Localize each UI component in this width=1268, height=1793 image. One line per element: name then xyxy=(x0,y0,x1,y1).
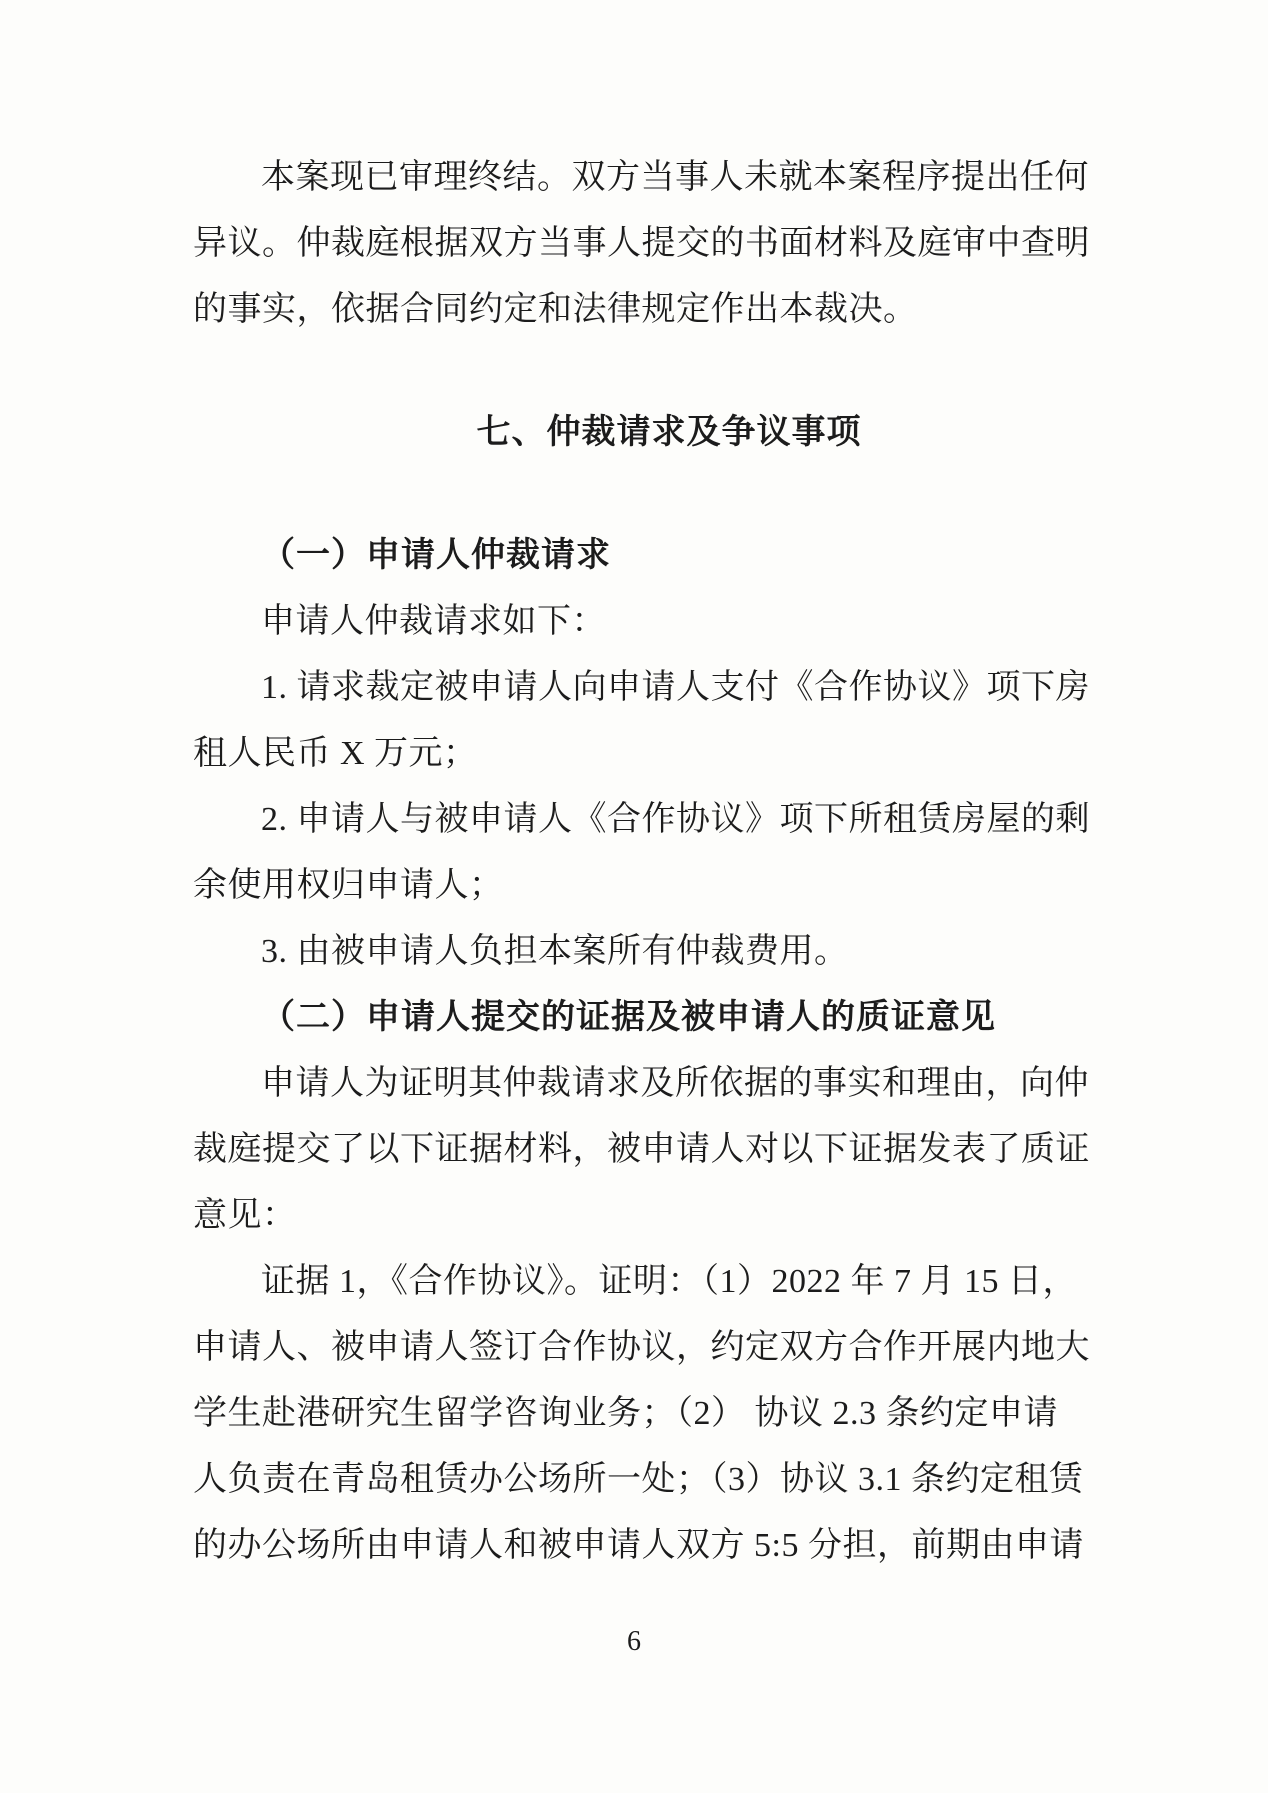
body-line: 学生赴港研究生留学咨询业务；（2） 协议 2.3 条约定申请 xyxy=(193,1381,1077,1447)
body-line: 人负责在青岛租赁办公场所一处；（3）协议 3.1 条约定租赁 xyxy=(193,1447,1077,1513)
body-line: 本案现已审理终结。双方当事人未就本案程序提出任何 xyxy=(193,145,1077,211)
subheading-line: （一）申请人仲裁请求 xyxy=(193,523,1077,589)
body-line: 异议。仲裁庭根据双方当事人提交的书面材料及庭审中查明 xyxy=(193,211,1077,277)
body-line: 意见： xyxy=(193,1183,1077,1249)
document-content: 本案现已审理终结。双方当事人未就本案程序提出任何异议。仲裁庭根据双方当事人提交的… xyxy=(193,145,1077,1579)
document-page: 本案现已审理终结。双方当事人未就本案程序提出任何异议。仲裁庭根据双方当事人提交的… xyxy=(0,0,1268,1793)
heading-line: 七、仲裁请求及争议事项 xyxy=(193,400,1077,466)
body-line: 的事实，依据合同约定和法律规定作出本裁决。 xyxy=(193,277,1077,343)
body-line: 申请人为证明其仲裁请求及所依据的事实和理由，向仲 xyxy=(193,1051,1077,1117)
body-line: 证据 1，《合作协议》。证明：（1）2022 年 7 月 15 日， xyxy=(193,1249,1077,1315)
body-line: 余使用权归申请人； xyxy=(193,853,1077,919)
body-line: 3. 由被申请人负担本案所有仲裁费用。 xyxy=(193,919,1077,985)
body-line: 的办公场所由申请人和被申请人双方 5:5 分担，前期由申请 xyxy=(193,1513,1077,1579)
body-line: 申请人仲裁请求如下： xyxy=(193,589,1077,655)
body-line: 申请人、被申请人签订合作协议，约定双方合作开展内地大 xyxy=(193,1315,1077,1381)
body-line: 2. 申请人与被申请人《合作协议》项下所租赁房屋的剩 xyxy=(193,787,1077,853)
body-line: 裁庭提交了以下证据材料，被申请人对以下证据发表了质证 xyxy=(193,1117,1077,1183)
body-line: 租人民币 X 万元； xyxy=(193,721,1077,787)
body-line: 1. 请求裁定被申请人向申请人支付《合作协议》项下房 xyxy=(193,655,1077,721)
subheading-line: （二）申请人提交的证据及被申请人的质证意见 xyxy=(193,985,1077,1051)
page-number: 6 xyxy=(0,1626,1268,1658)
